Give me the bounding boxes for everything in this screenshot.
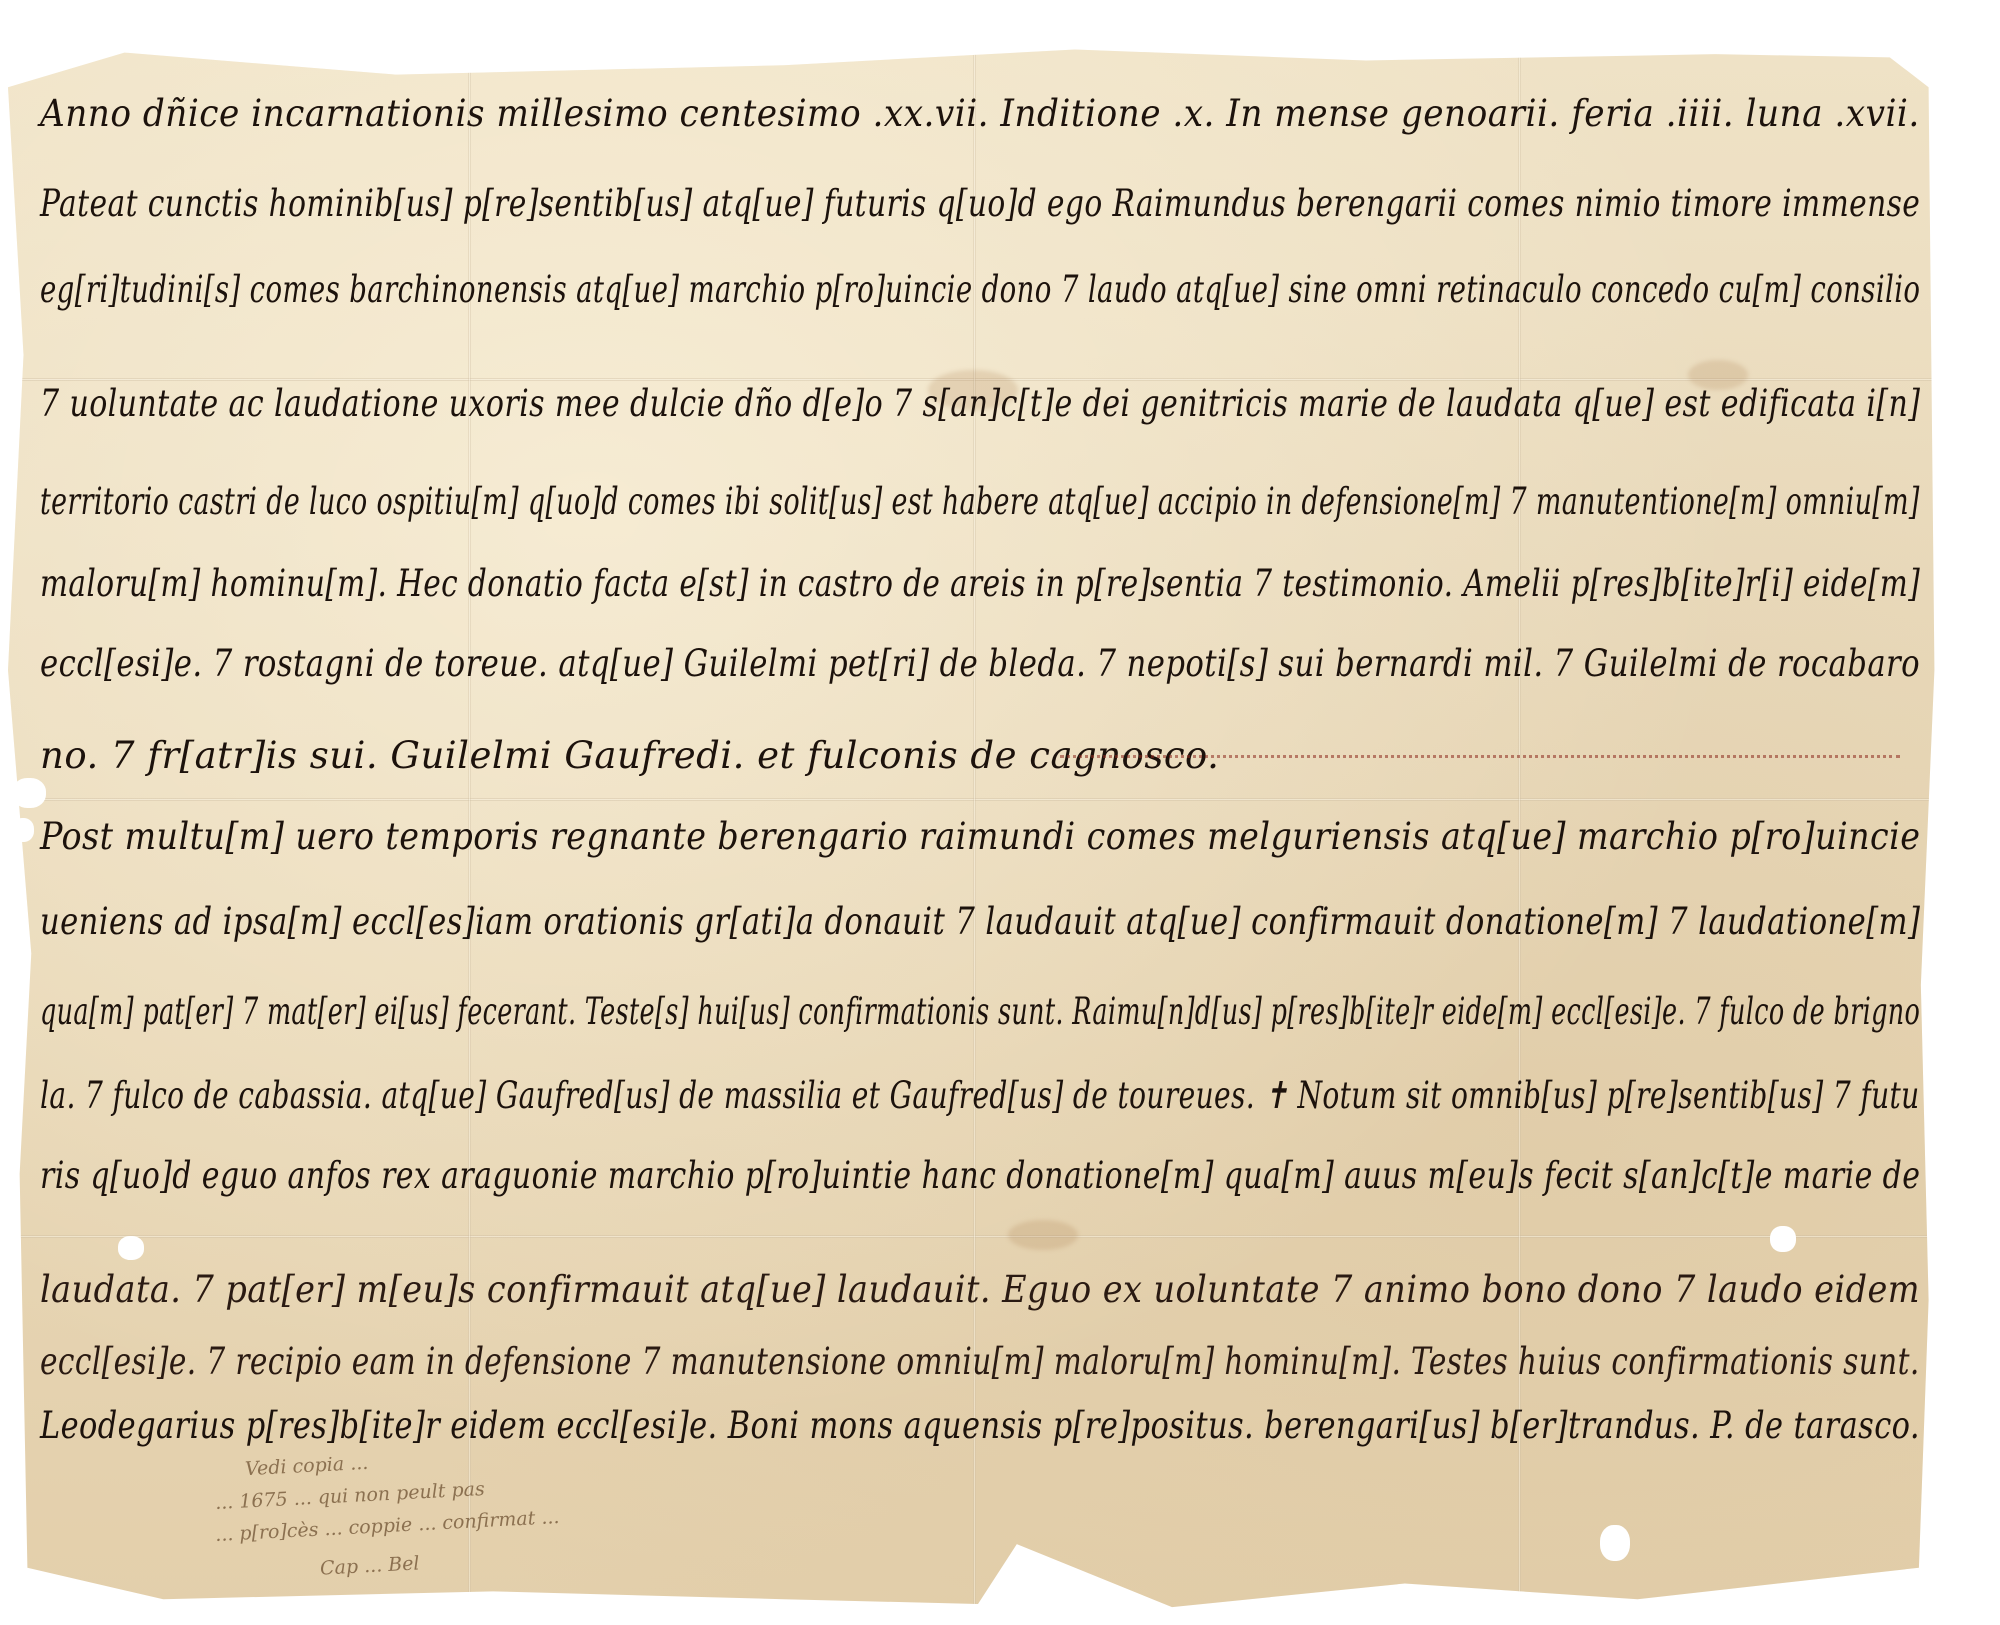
text-line-5: territorio castri de luco ospitiu[m] q[u… <box>40 480 1920 523</box>
text-line-4: 7 uoluntate ac laudatione uxoris mee dul… <box>40 382 1920 425</box>
hole <box>1770 1226 1796 1252</box>
text-line-13: ris q[uo]d eguo anfos rex araguonie marc… <box>40 1154 1920 1197</box>
hole <box>1600 1525 1630 1561</box>
text-line-1: Anno dñice incarnationis millesimo cente… <box>40 92 1920 135</box>
text-line-2: Pateat cunctis hominib[us] p[re]sentib[u… <box>40 182 1920 225</box>
text-line-11: qua[m] pat[er] 7 mat[er] ei[us] fecerant… <box>40 990 1920 1033</box>
stain <box>1008 1220 1078 1250</box>
text-line-8: no. 7 fr[atr]is sui. Guilelmi Gaufredi. … <box>40 734 1219 777</box>
hole <box>118 1236 144 1260</box>
hole <box>12 778 46 808</box>
text-line-9: Post multu[m] uero temporis regnante ber… <box>40 815 1920 858</box>
text-line-12: la. 7 fulco de cabassia. atq[ue] Gaufred… <box>40 1074 1920 1117</box>
text-line-3: eg[ri]tudini[s] comes barchinonensis atq… <box>40 268 1920 311</box>
rubric-flourish <box>1060 755 1900 758</box>
hole <box>12 818 34 842</box>
text-line-10: ueniens ad ipsa[m] eccl[es]iam orationis… <box>40 900 1920 943</box>
fold-line <box>8 1235 1948 1238</box>
fold-line <box>8 798 1948 801</box>
text-line-6: maloru[m] hominu[m]. Hec donatio facta e… <box>40 562 1920 605</box>
text-line-14: laudata. 7 pat[er] m[eu]s confirmauit at… <box>40 1268 1920 1311</box>
text-line-16: Leodegarius p[res]b[ite]r eidem eccl[esi… <box>40 1404 1920 1447</box>
text-line-7: eccl[esi]e. 7 rostagni de toreue. atq[ue… <box>40 642 1920 685</box>
text-line-15: eccl[esi]e. 7 recipio eam in defensione … <box>40 1340 1920 1383</box>
